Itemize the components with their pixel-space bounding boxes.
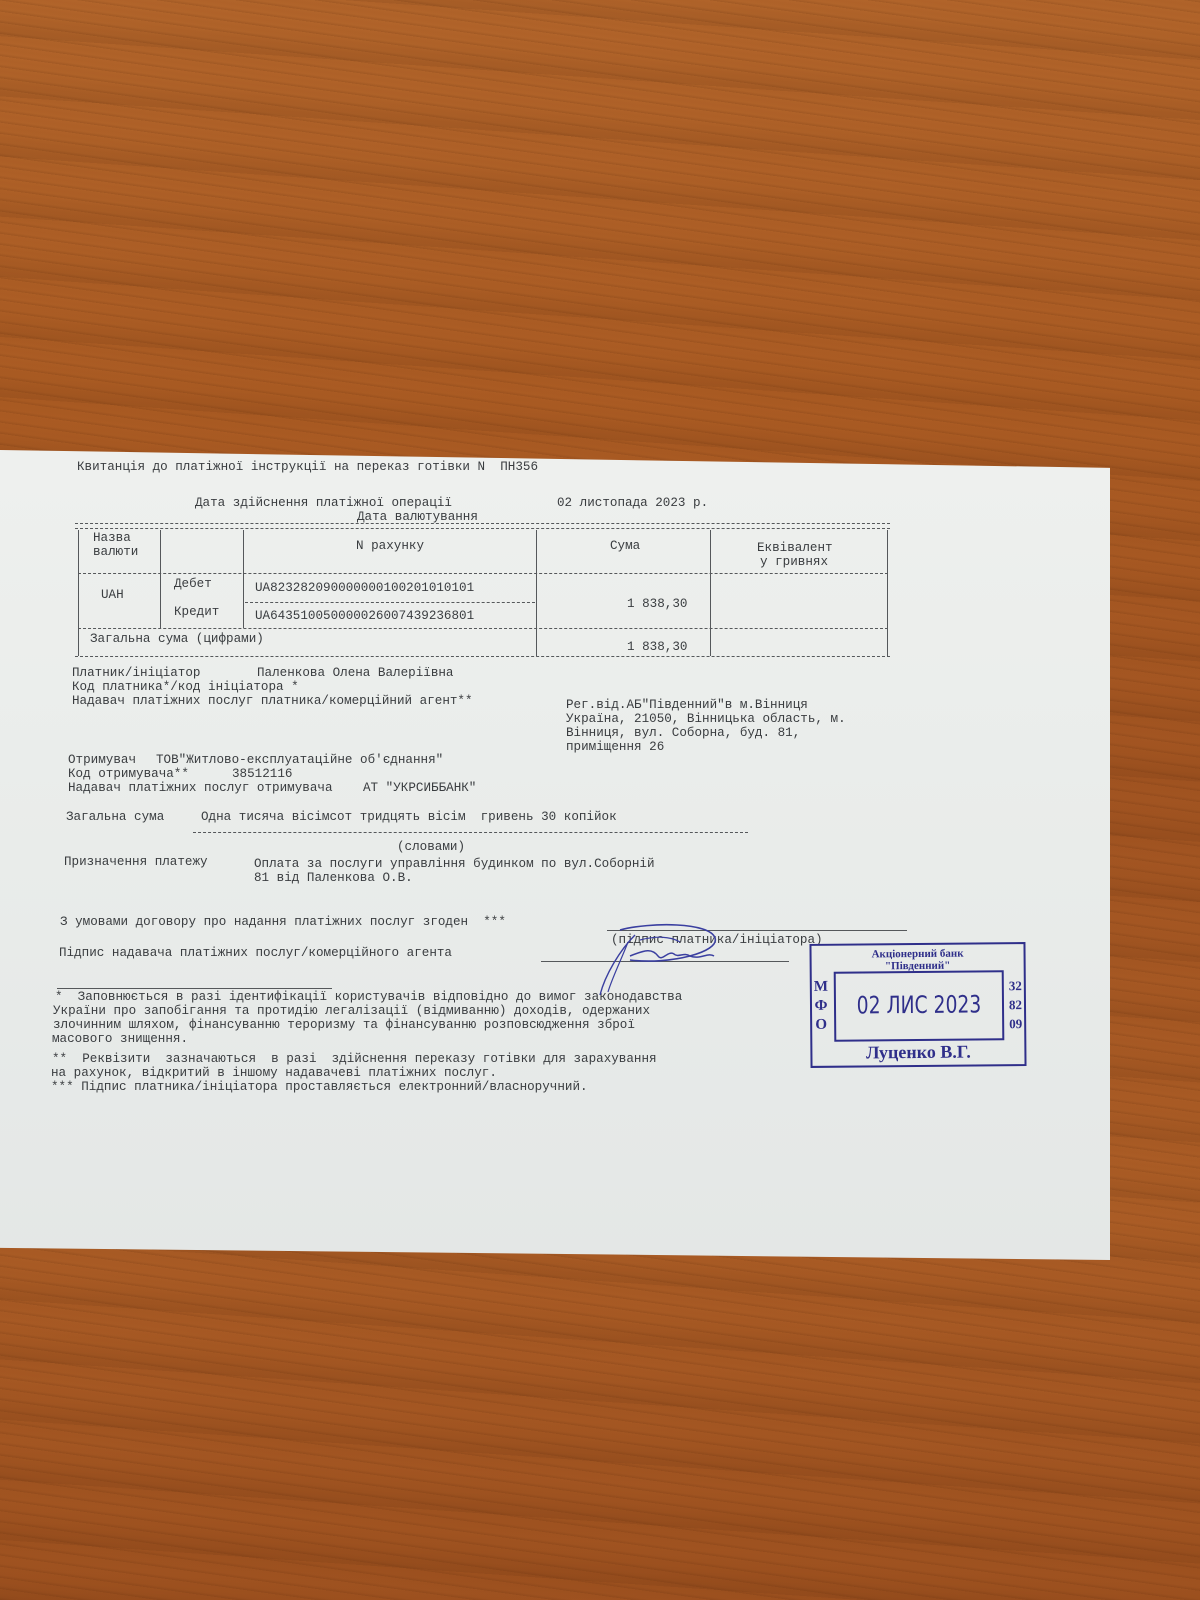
stamp-mfo-letter: М [814, 978, 828, 997]
table-left-border [78, 530, 79, 656]
stamp-mfo-digit: 32 [1009, 976, 1022, 995]
payer-provider-line-3: Вінниця, вул. Соборна, буд. 81, [566, 726, 800, 741]
footnote-line-2: України про запобігання та протидію лега… [53, 1004, 650, 1019]
total-separator [78, 628, 888, 629]
bank-stamp: Акціонерний банк "Південний" М Ф О 02 ЛИ… [809, 942, 1026, 1068]
payer-provider-line-2: Україна, 21050, Вінницька область, м. [566, 712, 846, 727]
provider-signature-label: Підпис надавача платіжних послуг/комерці… [59, 946, 452, 961]
operation-date-value: 02 листопада 2023 р. [557, 496, 708, 511]
footnote-line-3: злочинним шляхом, фінансуванню тероризму… [53, 1018, 635, 1033]
footnote-line-6: на рахунок, відкритий в іншому надавачев… [51, 1066, 497, 1081]
footnote-line-4: масового знищення. [52, 1032, 188, 1047]
footnote-line-7: *** Підпис платника/ініціатора проставля… [51, 1080, 588, 1095]
debit-account: UA823282090000000100201010101 [255, 581, 474, 596]
stamp-mfo-code: 32 82 09 [1009, 976, 1022, 1033]
payer-code-label: Код платника*/код ініціатора * [72, 680, 299, 695]
stamp-mfo-digit: 09 [1009, 1014, 1022, 1033]
purpose-label: Призначення платежу [64, 855, 208, 870]
stamp-date-box: 02 ЛИС 2023 [834, 970, 1005, 1041]
footnote-line-5: ** Реквізити зазначаються в разі здійсне… [52, 1052, 657, 1067]
table-top-border-2 [75, 528, 890, 529]
purpose-line-2: 81 від Паленкова О.В. [254, 871, 413, 886]
payer-provider-label: Надавач платіжних послуг платника/комерц… [72, 694, 473, 709]
header-separator [78, 573, 888, 574]
recipient-value: ТОВ"Житлово-експлуатаційне об'єднання" [156, 753, 443, 768]
header-account: N рахунку [356, 539, 424, 554]
total-words-underline [193, 832, 748, 833]
table-bottom-border [75, 656, 890, 657]
debit-label: Дебет [174, 577, 212, 592]
footnote-rule [57, 988, 332, 989]
stamp-mfo-letters: М Ф О [814, 978, 828, 1035]
total-words-caption: (словами) [397, 840, 465, 855]
currency-cell: UAH [101, 588, 124, 603]
recipient-provider-value: АТ "УКРСИББАНК" [363, 781, 476, 796]
total-words-value: Одна тисяча вісімсот тридцять вісім грив… [201, 810, 617, 825]
recipient-code-label: Код отримувача** [68, 767, 189, 782]
agreement-text: З умовами договору про надання платіжних… [60, 915, 506, 930]
receipt-title: Квитанція до платіжної інструкції на пер… [77, 460, 538, 475]
total-digits-value: 1 838,30 [627, 640, 687, 655]
total-words-label: Загальна сума [66, 810, 164, 825]
stamp-mfo-digit: 82 [1009, 995, 1022, 1014]
stamp-mfo-letter: О [814, 1016, 828, 1035]
receipt-document: Квитанція до платіжної інструкції на пер… [0, 0, 1110, 810]
payer-provider-line-4: приміщення 26 [566, 740, 664, 755]
payer-label: Платник/ініціатор [72, 666, 200, 681]
header-currency-1: Назва [93, 531, 131, 546]
purpose-line-1: Оплата за послуги управління будинком по… [254, 857, 655, 872]
payer-value: Паленкова Олена Валеріївна [257, 666, 454, 681]
header-equivalent-2: у гривнях [760, 555, 828, 570]
row-separator [245, 602, 535, 603]
table-right-border [887, 530, 888, 656]
header-equivalent-1: Еквівалент [757, 541, 833, 556]
payer-provider-line-1: Рег.від.АБ"Південний"в м.Вінниця [566, 698, 808, 713]
handwritten-signature [590, 920, 740, 1000]
footnote-line-1: * Заповнюється в разі ідентифікації кори… [55, 990, 682, 1005]
col-divider-4 [710, 530, 711, 656]
header-amount: Сума [610, 539, 640, 554]
table-top-border [75, 523, 890, 524]
stamp-bank-name: Акціонерний банк "Південний" [812, 947, 1024, 973]
header-currency-2: валюти [93, 545, 138, 560]
stamp-date: 02 ЛИС 2023 [854, 990, 984, 1019]
recipient-code-value: 38512116 [232, 767, 292, 782]
operation-date-label: Дата здійснення платіжної операції [195, 496, 452, 511]
recipient-label: Отримувач [68, 753, 136, 768]
stamp-officer-name: Луценко В.Г. [812, 1041, 1024, 1064]
col-divider-2 [243, 530, 244, 628]
col-divider-3 [536, 530, 537, 656]
credit-account: UA643510050000026007439236801 [255, 609, 474, 624]
amount-cell: 1 838,30 [627, 597, 687, 612]
col-divider-1 [160, 530, 161, 628]
credit-label: Кредит [174, 605, 219, 620]
recipient-provider-label: Надавач платіжних послуг отримувача [68, 781, 333, 796]
total-digits-label: Загальна сума (цифрами) [90, 632, 264, 647]
stamp-mfo-letter: Ф [814, 997, 828, 1016]
